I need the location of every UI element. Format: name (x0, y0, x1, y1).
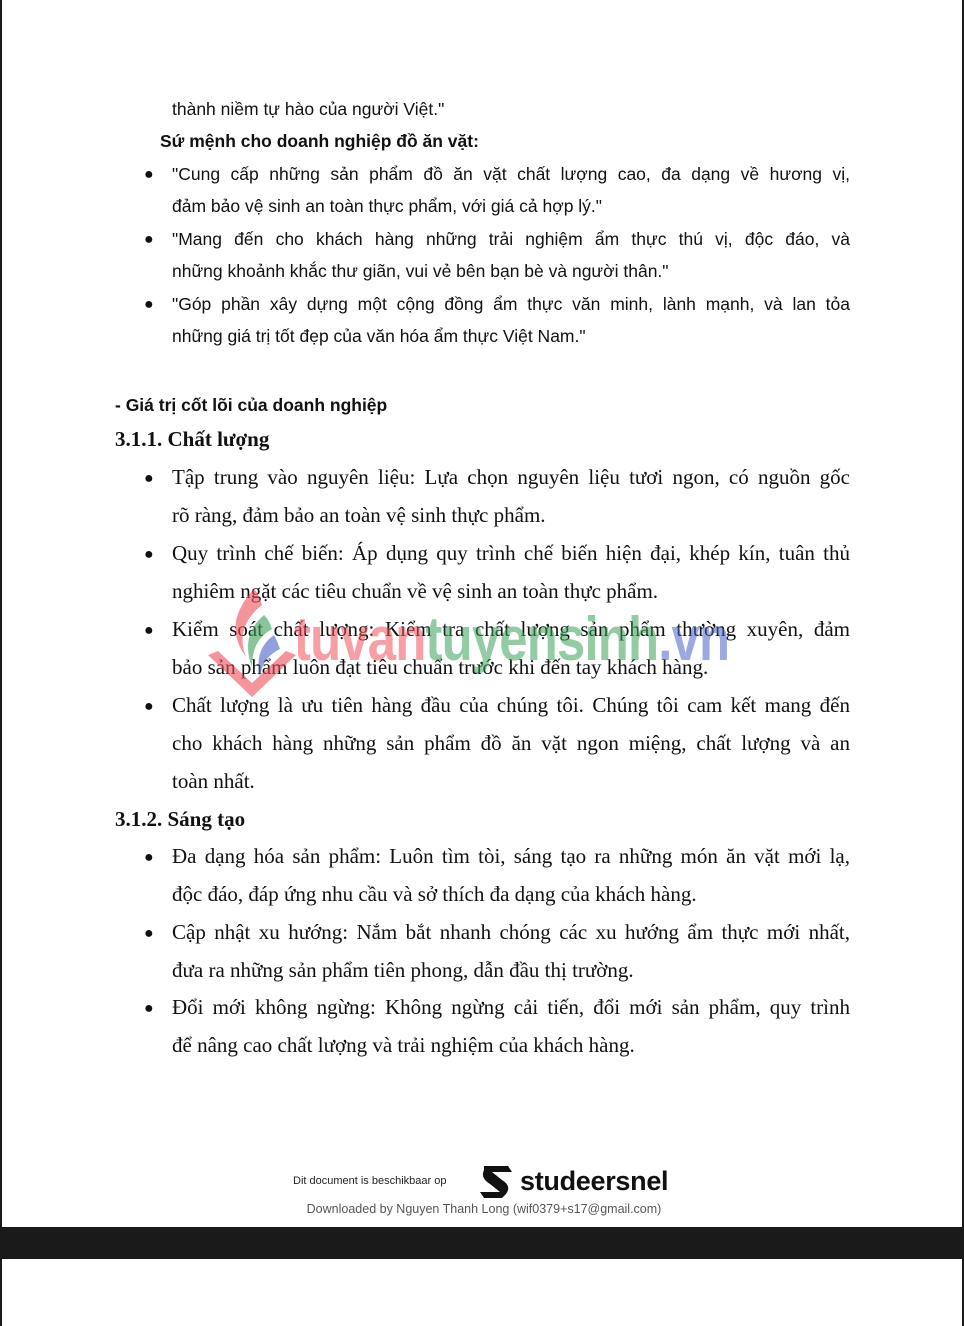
creativity-item-3-line2: để nâng cao chất lượng và trải nghiệm củ… (172, 1033, 635, 1058)
bullet-icon: ● (144, 231, 154, 249)
studeersnel-link[interactable]: studeersnel (478, 1162, 668, 1200)
creativity-item-1-line2: độc đáo, đáp ứng nhu cầu và sở thích đa … (172, 882, 697, 907)
document-page: thành niềm tự hào của người Việt." Sứ mệ… (2, 0, 962, 1227)
section-311-title: 3.1.1. Chất lượng (115, 427, 269, 452)
quality-item-3-line2: bảo sản phẩm luôn đạt tiêu chuẩn trước k… (172, 655, 708, 680)
brand-name: studeersnel (520, 1166, 668, 1197)
quality-item-2-line1: Quy trình chế biến: Áp dụng quy trình ch… (172, 541, 850, 566)
bullet-icon: ● (144, 925, 154, 943)
mission-item-3-line2: những giá trị tốt đẹp của văn hóa ẩm thự… (172, 326, 586, 347)
creativity-item-2-line2: đưa ra những sản phẩm tiên phong, dẫn đầ… (172, 958, 634, 983)
studeersnel-logo-icon (478, 1162, 516, 1200)
bullet-icon: ● (144, 849, 154, 867)
quality-item-1-line1: Tập trung vào nguyên liệu: Lựa chọn nguy… (172, 465, 850, 490)
quality-item-2-line2: nghiêm ngặt các tiêu chuẩn về vệ sinh an… (172, 579, 658, 604)
bullet-icon: ● (144, 166, 154, 184)
quality-item-4-line3: toàn nhất. (172, 769, 255, 794)
available-on-text: Dit document is beschikbaar op (293, 1175, 446, 1187)
creativity-item-1-line1: Đa dạng hóa sản phẩm: Luôn tìm tòi, sáng… (172, 844, 850, 869)
section-312-title: 3.1.2. Sáng tạo (115, 807, 245, 832)
mission-item-1-line2: đảm bảo vệ sinh an toàn thực phẩm, với g… (172, 196, 602, 217)
quality-item-4-line1: Chất lượng là ưu tiên hàng đầu của chúng… (172, 693, 850, 718)
mission-heading: Sứ mệnh cho doanh nghiệp đồ ăn vặt: (160, 131, 479, 152)
mission-item-1-line1: "Cung cấp những sản phẩm đồ ăn vặt chất … (172, 164, 850, 185)
mission-item-2-line1: "Mang đến cho khách hàng những trải nghi… (172, 229, 850, 250)
quality-item-4-line2: cho khách hàng những sản phẩm đồ ăn vặt … (172, 731, 850, 756)
bullet-icon: ● (144, 698, 154, 716)
quality-item-1-line2: rõ ràng, đảm bảo an toàn vệ sinh thực ph… (172, 503, 546, 528)
mission-item-3-line1: "Góp phần xây dựng một cộng đồng ẩm thực… (172, 294, 850, 315)
bullet-icon: ● (144, 296, 154, 314)
intro-tail-text: thành niềm tự hào của người Việt." (172, 99, 444, 120)
mission-item-2-line2: những khoảnh khắc thư giãn, vui vẻ bên b… (172, 261, 669, 282)
creativity-item-2-line1: Cập nhật xu hướng: Nắm bắt nhanh chóng c… (172, 920, 850, 945)
bullet-icon: ● (144, 622, 154, 640)
document-viewer: thành niềm tự hào của người Việt." Sứ mệ… (0, 0, 964, 1326)
next-document-page (2, 1259, 962, 1326)
downloaded-by-text: Downloaded by Nguyen Thanh Long (wif0379… (2, 1202, 964, 1216)
core-values-heading: - Giá trị cốt lõi của doanh nghiệp (115, 395, 387, 416)
bullet-icon: ● (144, 1000, 154, 1018)
bullet-icon: ● (144, 546, 154, 564)
quality-item-3-line1: Kiểm soát chất lượng: Kiểm tra chất lượn… (172, 617, 850, 642)
bullet-icon: ● (144, 470, 154, 488)
creativity-item-3-line1: Đổi mới không ngừng: Không ngừng cải tiế… (172, 995, 850, 1020)
